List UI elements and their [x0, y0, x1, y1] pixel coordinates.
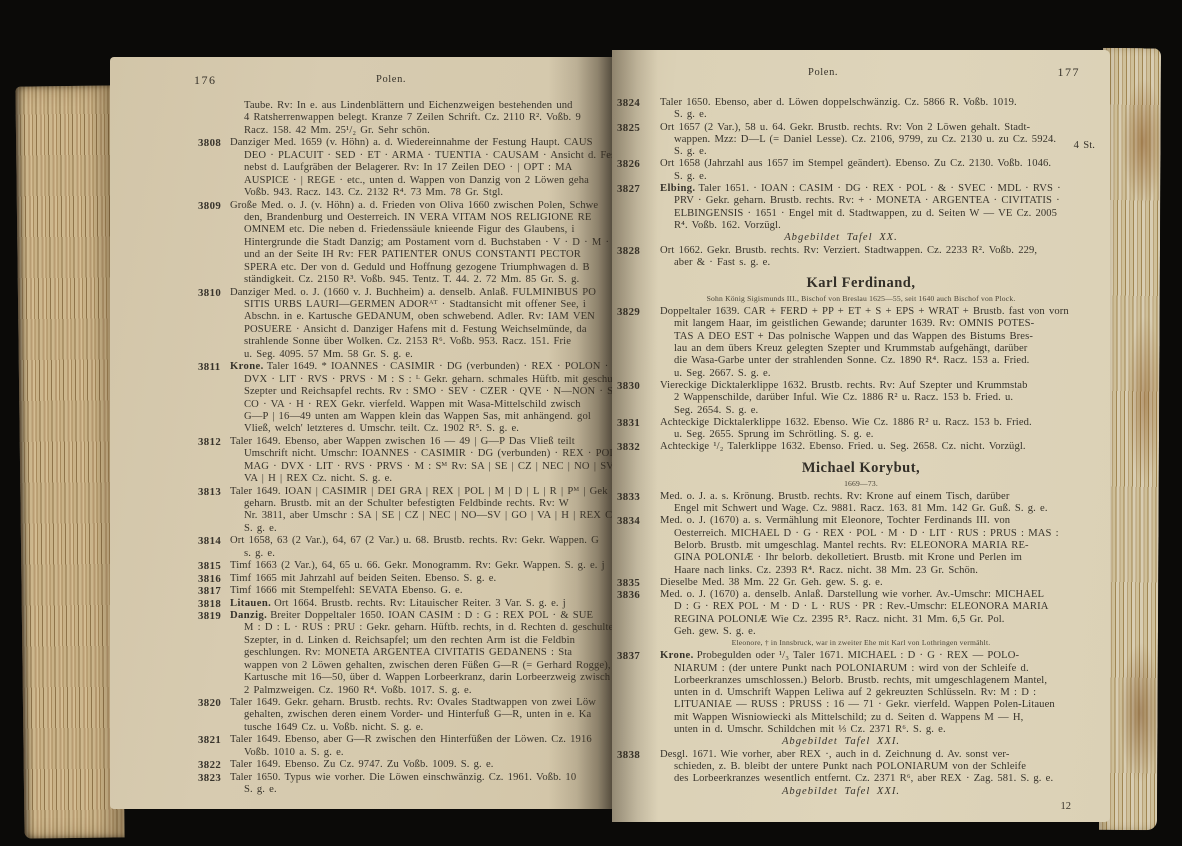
entry-number: 3811 — [198, 361, 221, 373]
catalog-entry: 3821Taler 1649. Ebenso, aber G—R zwische… — [198, 734, 612, 759]
entry-text: und an der Seite IH Rv: FER PATIENTER ON… — [244, 249, 581, 260]
entry-line: 3815Timf 1663 (2 Var.), 64, 65 u. 66. Ge… — [198, 560, 612, 572]
entry-text: Ort 1662. Gekr. Brustb. rechts. Rv: Verz… — [660, 245, 1037, 256]
entry-text: Danziger Med. 1659 (v. Höhn) a. d. Wiede… — [230, 137, 593, 148]
entry-line: Voßb. 1010 a. S. g. e. — [198, 747, 612, 759]
right-page: 177 Polen. 3824Taler 1650. Ebenso, aber … — [612, 50, 1110, 822]
entry-line: 3816Timf 1665 mit Jahrzahl auf beiden Se… — [198, 573, 612, 585]
entry-text: POSUERE · Ansicht d. Danziger Hafens mit… — [244, 324, 587, 335]
entry-number: 3812 — [198, 436, 221, 448]
entry-line: 3829Doppeltaler 1639. CAR + FERD + PP + … — [617, 306, 1105, 318]
catalog-entry: 3826Ort 1658 (Jahrzahl aus 1657 im Stemp… — [617, 158, 1105, 183]
entry-line: SPERA etc. Der von d. Geduld und Hoffnun… — [198, 262, 612, 274]
entry-line: 3836Med. o. J. (1670) a. denselb. Anlaß.… — [617, 589, 1105, 601]
catalog-entry: 3814Ort 1658, 63 (2 Var.), 64, 67 (2 Var… — [198, 535, 612, 560]
entry-number: 3825 — [617, 122, 640, 134]
catalog-entry: 3825Ort 1657 (2 Var.), 58 u. 64. Gekr. B… — [617, 122, 1105, 159]
entry-line: 3826Ort 1658 (Jahrzahl aus 1657 im Stemp… — [617, 158, 1105, 170]
entry-line: u. Seg. 2667. S. g. e. — [617, 368, 1105, 380]
entry-text: G—P | 16—49 unten am Wappen klein das Wa… — [244, 411, 591, 422]
entry-text: Racz. 158. 42 Mm. 25¹/₂ Gr. Sehr schön. — [244, 125, 430, 136]
entry-line: 3830Viereckige Dicktalerklippe 1632. Bru… — [617, 380, 1105, 392]
entry-line: 3827Elbing.Taler 1651. · IOAN : CASIM · … — [617, 183, 1105, 195]
catalog-entry: 3815Timf 1663 (2 Var.), 64, 65 u. 66. Ge… — [198, 560, 612, 572]
entry-line: R⁴. Voßb. 162. Vorzügl. — [617, 220, 1105, 232]
entry-line: NIARUM : (der untere Punkt nach POLONIAR… — [617, 663, 1105, 675]
entry-line: strahlende Sonne über Wolken. Cz. 2153 R… — [198, 336, 612, 348]
entry-line: AUSPICE · | REGE · etc., unten d. Wappen… — [198, 175, 612, 187]
entry-text: DEO · PLACUIT · SED · ET · ARMA · TUENTI… — [244, 150, 612, 161]
entry-text: Med. o. J. (1670) a. denselb. Anlaß. Dar… — [660, 589, 1044, 600]
entry-line: 3837Krone.Probegulden oder ¹/₃ Taler 167… — [617, 650, 1105, 662]
entry-number: 3834 — [617, 515, 640, 527]
entry-line: 2 Wappenschilde, darüber Inful. Wie Cz. … — [617, 392, 1105, 404]
entry-line: OMNEM etc. Die neben d. Friedenssäule kn… — [198, 224, 612, 236]
entry-line: die Wasa-Garbe unter der strahlenden Son… — [617, 355, 1105, 367]
entry-text: gehalten, zwischen deren einem Vorder- u… — [244, 709, 591, 720]
entry-line: 3819Danzig.Breiter Doppeltaler 1650. IOA… — [198, 610, 612, 622]
left-page: 176 Polen. Taube. Rv: In e. aus Lindenbl… — [110, 57, 612, 809]
entry-line: schieden, z. B. bleibt der untere Punkt … — [617, 761, 1105, 773]
entry-text: Med. o. J. (1670) a. s. Vermählung mit E… — [660, 515, 1010, 526]
entry-number: 3831 — [617, 417, 640, 429]
entry-text: Ort 1658 (Jahrzahl aus 1657 im Stempel g… — [660, 158, 1051, 169]
catalog-entry: 3824Taler 1650. Ebenso, aber d. Löwen do… — [617, 97, 1105, 122]
entry-text: Abgebildet Tafel XX. — [784, 232, 898, 243]
entry-line: aber & · Fast s. g. e. — [617, 257, 1105, 269]
page-number-left: 176 — [194, 73, 217, 88]
entry-number: 3813 — [198, 486, 221, 498]
plate-reference: Abgebildet Tafel XXI. — [617, 736, 1105, 748]
entry-text: Probegulden oder ¹/₃ Taler 1671. MICHAEL… — [697, 650, 1019, 661]
entry-text: LITUANIAE — RUSS : PRUSS : 16 — 71 · Gek… — [674, 699, 1055, 710]
entry-text: REGINA POLONIÆ Wie Cz. 2395 R⁵. Racz. ni… — [674, 614, 1005, 625]
catalog-entry: 3818Litauen.Ort 1664. Brustb. rechts. Rv… — [198, 598, 612, 610]
entry-number: 3819 — [198, 610, 221, 622]
entry-text: GINA POLONIÆ · Ihr belorb. dekolletiert.… — [674, 552, 1022, 563]
entry-number: 3810 — [198, 287, 221, 299]
entry-text: geharn. Brustb. mit an der Schulter befe… — [244, 498, 569, 509]
catalog-entry: 3817Timf 1666 mit Stempelfehl: SEVATA Eb… — [198, 585, 612, 597]
entry-text: S. g. e. — [244, 784, 277, 795]
catalog-entry: 3823Taler 1650. Typus wie vorher. Die Lö… — [198, 772, 612, 797]
entry-text: geschlungen. Rv: MONETA ARGENTEA CIVITAT… — [244, 647, 572, 658]
entry-text: Taler 1649. Ebenso, aber G—R zwischen de… — [230, 734, 592, 745]
entry-number: 3833 — [617, 491, 640, 503]
entry-text: aber & · Fast s. g. e. — [674, 257, 770, 268]
entry-line: 3825Ort 1657 (2 Var.), 58 u. 64. Gekr. B… — [617, 122, 1105, 134]
entry-text: Seg. 2654. S. g. e. — [674, 405, 758, 416]
entry-line: ständigkeit. Cz. 2150 R³. Voßb. 945. Ten… — [198, 274, 612, 286]
entry-right-note: 4 St. — [1074, 140, 1095, 152]
entry-text: Ort 1658, 63 (2 Var.), 64, 67 (2 Var.) u… — [230, 535, 599, 546]
entry-text: Oesterreich. MICHAEL D · G · REX · POL ·… — [674, 528, 1059, 539]
entry-text: Breiter Doppeltaler 1650. IOAN CASIM : D… — [270, 610, 593, 621]
running-title-right: Polen. — [808, 67, 838, 78]
entry-number: 3814 — [198, 535, 221, 547]
entry-text: 2 Wappenschilde, darüber Inful. Wie Cz. … — [674, 392, 1013, 403]
entry-line: TAS A DEO EST + Das polnische Wappen und… — [617, 331, 1105, 343]
entry-text: Kartusche mit 16—50, über d. Wappen Lorb… — [244, 672, 610, 683]
catalog-entry: 3833Med. o. J. a. s. Krönung. Brustb. re… — [617, 491, 1105, 516]
entry-lead-word: Elbing. — [660, 183, 695, 194]
section-heading: Karl Ferdinand, — [617, 273, 1105, 293]
catalog-entry: 3808Danziger Med. 1659 (v. Höhn) a. d. W… — [198, 137, 612, 199]
entry-text: Große Med. o. J. (v. Höhn) a. d. Frieden… — [230, 200, 598, 211]
section-note: Sohn König Sigismunds III., Bischof von … — [617, 294, 1105, 303]
entry-line: geschlungen. Rv: MONETA ARGENTEA CIVITAT… — [198, 647, 612, 659]
entry-text: SPERA etc. Der von d. Geduld und Hoffnun… — [244, 262, 590, 273]
entry-line: s. g. e. — [198, 548, 612, 560]
entry-line: S. g. e. — [198, 523, 612, 535]
entry-line: 3831Achteckige Dicktalerklippe 1632. Ebe… — [617, 417, 1105, 429]
entry-line: den, Brandenburg und Oesterreich. IN VER… — [198, 212, 612, 224]
catalog-entry: 3820Taler 1649. Gekr. geharn. Brustb. re… — [198, 697, 612, 734]
entry-line: Geh. gew. S. g. e. — [617, 626, 1105, 638]
open-book: 176 Polen. Taube. Rv: In e. aus Lindenbl… — [0, 0, 1182, 846]
entry-number: 3808 — [198, 137, 221, 149]
entry-text: nebst d. Laufgräben der Belagerer. Rv: I… — [244, 162, 572, 173]
entry-line: REGINA POLONIÆ Wie Cz. 2395 R⁵. Racz. ni… — [617, 614, 1105, 626]
entry-number: 3838 — [617, 749, 640, 761]
page-number-right: 177 — [1058, 65, 1081, 80]
entry-line: 3835Dieselbe Med. 38 Mm. 22 Gr. Geh. gew… — [617, 577, 1105, 589]
entry-text: Taler 1649. Gekr. geharn. Brustb. rechts… — [230, 697, 596, 708]
entry-line: LITUANIAE — RUSS : PRUSS : 16 — 71 · Gek… — [617, 699, 1105, 711]
entry-number: 3826 — [617, 158, 640, 170]
entry-text: Abgebildet Tafel XXI. — [782, 736, 900, 747]
entry-line: 3833Med. o. J. a. s. Krönung. Brustb. re… — [617, 491, 1105, 503]
entry-number: 3822 — [198, 759, 221, 771]
entry-text: Taler 1650. Typus wie vorher. Die Löwen … — [230, 772, 576, 783]
catalog-entry: 3810Danziger Med. o. J. (1660 v. J. Buch… — [198, 287, 612, 362]
entry-line: Belorb. Brustb. mit umgeschlag. Mantel r… — [617, 540, 1105, 552]
entry-line: Haare nach links. Cz. 2393 R⁴. Racz. nic… — [617, 565, 1105, 577]
entry-text: unten in d. Umschrift Wappen Leliwa auf … — [674, 687, 1036, 698]
entry-line: des Lorbeerkranzes wesentlich entfernt. … — [617, 773, 1105, 785]
catalog-entry: 3828Ort 1662. Gekr. Brustb. rechts. Rv: … — [617, 245, 1105, 270]
entry-text: Timf 1666 mit Stempelfehl: SEVATA Ebenso… — [230, 585, 463, 596]
entry-text: mit Wappen Wisniowiecki als Mittelschild… — [674, 712, 1023, 723]
entry-number: 3830 — [617, 380, 640, 392]
entry-line: geharn. Brustb. mit an der Schulter befe… — [198, 498, 612, 510]
entry-text: Abschn. in e. Kartusche GEDANUM, oben sc… — [244, 311, 595, 322]
entry-line: SITIS URBS LAURI—GERMEN ADORᴬᵀ · Stadtan… — [198, 299, 612, 311]
entry-text: Desgl. 1671. Wie vorher, aber REX ·, auc… — [660, 749, 1009, 760]
entry-line: Umschrift nicht. Umschr: IOANNES · CASIM… — [198, 448, 612, 460]
book-fore-edge-left — [15, 85, 124, 838]
catalog-entry: 3831Achteckige Dicktalerklippe 1632. Ebe… — [617, 417, 1105, 442]
entry-line: Oesterreich. MICHAEL D · G · REX · POL ·… — [617, 528, 1105, 540]
entry-text: Taler 1650. Ebenso, aber d. Löwen doppel… — [660, 97, 1017, 108]
catalog-entry: 3835Dieselbe Med. 38 Mm. 22 Gr. Geh. gew… — [617, 577, 1105, 589]
entry-line: nebst d. Laufgräben der Belagerer. Rv: I… — [198, 162, 612, 174]
entry-number: 3818 — [198, 598, 221, 610]
entry-line: 3828Ort 1662. Gekr. Brustb. rechts. Rv: … — [617, 245, 1105, 257]
entry-text: Szepter, in d. Linken d. Reichsapfel; um… — [244, 635, 575, 646]
entry-text: die Wasa-Garbe unter der strahlenden Son… — [674, 355, 1029, 366]
entry-line: 3832Achteckige ¹/₂ Talerklippe 1632. Ebe… — [617, 441, 1105, 453]
entry-text: MAG · DVX · LIT · RVS · PRVS · M : Sᴹ Rv… — [244, 461, 612, 472]
catalog-entry: 3812Taler 1649. Ebenso, aber Wappen zwis… — [198, 436, 612, 486]
entry-text: Hintergrunde die Stadt Danzig; am Postam… — [244, 237, 612, 248]
entry-text: D : G · REX POL · M · D · L · RUS · PR :… — [674, 601, 1048, 612]
running-title-left: Polen. — [376, 74, 406, 85]
entry-line: 3834Med. o. J. (1670) a. s. Vermählung m… — [617, 515, 1105, 527]
entry-text: Taube. Rv: In e. aus Lindenblättern und … — [244, 100, 573, 111]
catalog-entry: 3813Taler 1649. IOAN | CASIMIR | DEI GRA… — [198, 486, 612, 536]
entry-text: Med. o. J. a. s. Krönung. Brustb. rechts… — [660, 491, 1009, 502]
entry-text: Ort 1664. Brustb. rechts. Rv: Litauische… — [274, 598, 566, 609]
entry-line: CO · VA · H · REX Gekr. vierfeld. Wappen… — [198, 399, 612, 411]
entry-line: 3814Ort 1658, 63 (2 Var.), 64, 67 (2 Var… — [198, 535, 612, 547]
entry-text: NIARUM : (der untere Punkt nach POLONIAR… — [674, 663, 1029, 674]
entry-line: VA | H | REX Cz. nicht. S. g. e. — [198, 473, 612, 485]
entry-text: ständigkeit. Cz. 2150 R³. Voßb. 945. Ten… — [244, 274, 579, 285]
entry-line: Taube. Rv: In e. aus Lindenblättern und … — [198, 100, 612, 112]
entry-text: S. g. e. — [674, 146, 707, 157]
entry-line: DVX · LIT · RVS · PRVS · M : S : ᴸ Gekr.… — [198, 374, 612, 386]
catalog-entry: 3834Med. o. J. (1670) a. s. Vermählung m… — [617, 515, 1105, 576]
entry-text: lau an dem übers Kreuz gelegten Szepter … — [674, 343, 1027, 354]
entry-line: POSUERE · Ansicht d. Danziger Hafens mit… — [198, 324, 612, 336]
entry-line: S. g. e. — [617, 109, 1105, 121]
catalog-entry: 3809Große Med. o. J. (v. Höhn) a. d. Fri… — [198, 200, 612, 287]
entry-line: 3808Danziger Med. 1659 (v. Höhn) a. d. W… — [198, 137, 612, 149]
entry-line: S. g. e. — [617, 171, 1105, 183]
entry-line: gehalten, zwischen deren einem Vorder- u… — [198, 709, 612, 721]
catalog-entry: 3822Taler 1649. Ebenso. Zu Cz. 9747. Zu … — [198, 759, 612, 771]
entry-text: PRV · Gekr. geharn. Brustb. rechts. Rv: … — [674, 195, 1060, 206]
entry-text: OMNEM etc. Die neben d. Friedenssäule kn… — [244, 224, 575, 235]
entry-lead-word: Krone. — [230, 361, 264, 372]
entry-number: 3823 — [198, 772, 221, 784]
entry-line: wappen. Mzz: D—L (= Daniel Lesse). Cz. 2… — [617, 134, 1105, 146]
entry-text: 4 Ratsherrenwappen belegt. Kranze 7 Zeil… — [244, 112, 581, 123]
entry-line: 3823Taler 1650. Typus wie vorher. Die Lö… — [198, 772, 612, 784]
entry-text: Geh. gew. S. g. e. — [674, 626, 756, 637]
catalog-entry: 3838Desgl. 1671. Wie vorher, aber REX ·,… — [617, 749, 1105, 798]
catalog-entry: 3836Med. o. J. (1670) a. denselb. Anlaß.… — [617, 589, 1105, 638]
sheet-signature: 12 — [617, 800, 1105, 813]
entry-text: mit langem Haar, im geistlichen Gewande;… — [674, 318, 1034, 329]
entry-line: u. Seg. 4095. 57 Mm. 58 Gr. S. g. e. — [198, 349, 612, 361]
entry-text: Lorbeerkranzes umschlossen.) Belorb. Bru… — [674, 675, 1047, 686]
entry-text: strahlende Sonne über Wolken. Cz. 2153 R… — [244, 336, 571, 347]
entry-text: Abgebildet Tafel XXI. — [782, 786, 900, 797]
entry-line: tusche 1649 Cz. u. Voßb. nicht. S. g. e. — [198, 722, 612, 734]
entry-line: Kartusche mit 16—50, über d. Wappen Lorb… — [198, 672, 612, 684]
entry-number: 3820 — [198, 697, 221, 709]
entry-number: 3837 — [617, 650, 640, 662]
entry-line: 3811Krone.Taler 1649. * IOANNES · CASIMI… — [198, 361, 612, 373]
entry-text: Belorb. Brustb. mit umgeschlag. Mantel r… — [674, 540, 1029, 551]
catalog-entry: 3830Viereckige Dicktalerklippe 1632. Bru… — [617, 380, 1105, 417]
entry-line: DEO · PLACUIT · SED · ET · ARMA · TUENTI… — [198, 150, 612, 162]
entry-text: S. g. e. — [674, 109, 707, 120]
entry-line: 3809Große Med. o. J. (v. Höhn) a. d. Fri… — [198, 200, 612, 212]
entry-text: Taler 1649. * IOANNES · CASIMIR · DG (ve… — [267, 361, 612, 372]
entry-number: 3815 — [198, 560, 221, 572]
entry-text: Dieselbe Med. 38 Mm. 22 Gr. Geh. gew. S.… — [660, 577, 883, 588]
entry-line: M : D : L · RUS : PRU : Gekr. geharn. Hü… — [198, 622, 612, 634]
entry-text: Achteckige ¹/₂ Talerklippe 1632. Ebenso.… — [660, 441, 1026, 452]
entry-number: 3836 — [617, 589, 640, 601]
entry-text: ELBINGENSIS · 1651 · Engel mit d. Stadtw… — [674, 208, 1057, 219]
entry-text: S. g. e. — [674, 171, 707, 182]
entry-text: den, Brandenburg und Oesterreich. IN VER… — [244, 212, 591, 223]
entry-line: Engel mit Schwert und Wage. Cz. 9881. Ra… — [617, 503, 1105, 515]
entry-line: 3812Taler 1649. Ebenso, aber Wappen zwis… — [198, 436, 612, 448]
entry-line: lau an dem übers Kreuz gelegten Szepter … — [617, 343, 1105, 355]
entry-text: u. Seg. 2655. Sprung im Schrötling. S. g… — [674, 429, 874, 440]
entry-line: 3838Desgl. 1671. Wie vorher, aber REX ·,… — [617, 749, 1105, 761]
entry-line: 2 Palmzweigen. Cz. 1960 R⁴. Voßb. 1017. … — [198, 685, 612, 697]
entry-text: Ort 1657 (2 Var.), 58 u. 64. Gekr. Brust… — [660, 122, 1030, 133]
entry-text: Voßb. 943. Racz. 143. Cz. 2132 R⁴. 73 Mm… — [244, 187, 503, 198]
entry-text: Taler 1649. IOAN | CASIMIR | DEI GRA | R… — [230, 486, 608, 497]
entry-line: Szepter, in d. Linken d. Reichsapfel; um… — [198, 635, 612, 647]
entry-line: S. g. e. — [198, 784, 612, 796]
entry-text: Doppeltaler 1639. CAR + FERD + PP + ET +… — [660, 306, 1069, 317]
entry-text: Achteckige Dicktalerklippe 1632. Ebenso.… — [660, 417, 1032, 428]
entry-text: u. Seg. 4095. 57 Mm. 58 Gr. S. g. e. — [244, 349, 413, 360]
entry-text: Voßb. 1010 a. S. g. e. — [244, 747, 344, 758]
entry-line: Szepter und Reichsapfel rechts. Rv : SMO… — [198, 386, 612, 398]
entry-line: 3818Litauen.Ort 1664. Brustb. rechts. Rv… — [198, 598, 612, 610]
entry-text: S. g. e. — [244, 523, 277, 534]
entry-text: unten in d. Umschr. Schildchen mit ⅓ Cz.… — [674, 724, 946, 735]
catalog-entry: 3811Krone.Taler 1649. * IOANNES · CASIMI… — [198, 361, 612, 436]
entry-text: schieden, z. B. bleibt der untere Punkt … — [674, 761, 1026, 772]
entry-line: PRV · Gekr. geharn. Brustb. rechts. Rv: … — [617, 195, 1105, 207]
entry-line: unten in d. Umschrift Wappen Leliwa auf … — [617, 687, 1105, 699]
entry-number: 3829 — [617, 306, 640, 318]
section-heading: Michael Korybut, — [617, 458, 1105, 478]
entry-text: des Lorbeerkranzes wesentlich entfernt. … — [674, 773, 1053, 784]
entry-text: SITIS URBS LAURI—GERMEN ADORᴬᵀ · Stadtan… — [244, 299, 586, 310]
catalog-entry: 3827Elbing.Taler 1651. · IOAN : CASIM · … — [617, 183, 1105, 244]
entry-line: wappen von 2 Löwen gehalten, zwischen de… — [198, 660, 612, 672]
entry-text: CO · VA · H · REX Gekr. vierfeld. Wappen… — [244, 399, 581, 410]
catalog-entry: 3819Danzig.Breiter Doppeltaler 1650. IOA… — [198, 610, 612, 697]
entry-line: MAG · DVX · LIT · RVS · PRVS · M : Sᴹ Rv… — [198, 461, 612, 473]
left-page-text-column: Taube. Rv: In e. aus Lindenblättern und … — [198, 100, 612, 797]
entry-text: Timf 1663 (2 Var.), 64, 65 u. 66. Gekr. … — [230, 560, 605, 571]
entry-text: s. g. e. — [244, 548, 275, 559]
entry-text: Timf 1665 mit Jahrzahl auf beiden Seiten… — [230, 573, 496, 584]
entry-line: D : G · REX POL · M · D · L · RUS · PR :… — [617, 601, 1105, 613]
entry-text: wappen. Mzz: D—L (= Daniel Lesse). Cz. 2… — [674, 134, 1056, 145]
entry-line: Lorbeerkranzes umschlossen.) Belorb. Bru… — [617, 675, 1105, 687]
entry-text: tusche 1649 Cz. u. Voßb. nicht. S. g. e. — [244, 722, 423, 733]
entry-line: 3813Taler 1649. IOAN | CASIMIR | DEI GRA… — [198, 486, 612, 498]
entry-text: Taler 1651. · IOAN : CASIM · DG · REX · … — [698, 183, 1060, 194]
entry-text: TAS A DEO EST + Das polnische Wappen und… — [674, 331, 1033, 342]
entry-line: Vließ, welch' letzteres d. Umschr. teilt… — [198, 423, 612, 435]
catalog-entry: 3837Krone.Probegulden oder ¹/₃ Taler 167… — [617, 650, 1105, 748]
entry-line: und an der Seite IH Rv: FER PATIENTER ON… — [198, 249, 612, 261]
entry-text: Vließ, welch' letzteres d. Umschr. teilt… — [244, 423, 519, 434]
section-note: Eleonore, † in Innsbruck, war in zweiter… — [617, 638, 1105, 647]
entry-line: Nr. 3811, aber Umschr : SA | SE | CZ | N… — [198, 510, 612, 522]
entry-lead-word: Krone. — [660, 650, 694, 661]
entry-line: 3810Danziger Med. o. J. (1660 v. J. Buch… — [198, 287, 612, 299]
entry-text: 2 Palmzweigen. Cz. 1960 R⁴. Voßb. 1017. … — [244, 685, 472, 696]
entry-text: DVX · LIT · RVS · PRVS · M : S : ᴸ Gekr.… — [244, 374, 612, 385]
entry-number: 3835 — [617, 577, 640, 589]
entry-line: 3817Timf 1666 mit Stempelfehl: SEVATA Eb… — [198, 585, 612, 597]
entry-text: Taler 1649. Ebenso, aber Wappen zwischen… — [230, 436, 575, 447]
catalog-entry: 3832Achteckige ¹/₂ Talerklippe 1632. Ebe… — [617, 441, 1105, 453]
entry-number: 3821 — [198, 734, 221, 746]
entry-line: Racz. 158. 42 Mm. 25¹/₂ Gr. Sehr schön. — [198, 125, 612, 137]
entry-line: ELBINGENSIS · 1651 · Engel mit d. Stadtw… — [617, 208, 1105, 220]
entry-line: 4 Ratsherrenwappen belegt. Kranze 7 Zeil… — [198, 112, 612, 124]
catalog-entry: Taube. Rv: In e. aus Lindenblättern und … — [198, 100, 612, 137]
section-note: 1669—73. — [617, 479, 1105, 488]
entry-text: VA | H | REX Cz. nicht. S. g. e. — [244, 473, 392, 484]
entry-line: Hintergrunde die Stadt Danzig; am Postam… — [198, 237, 612, 249]
catalog-entry: 3829Doppeltaler 1639. CAR + FERD + PP + … — [617, 306, 1105, 380]
entry-text: Haare nach links. Cz. 2393 R⁴. Racz. nic… — [674, 565, 978, 576]
entry-line: G—P | 16—49 unten am Wappen klein das Wa… — [198, 411, 612, 423]
entry-text: Taler 1649. Ebenso. Zu Cz. 9747. Zu Voßb… — [230, 759, 494, 770]
entry-line: mit Wappen Wisniowiecki als Mittelschild… — [617, 712, 1105, 724]
entry-line: GINA POLONIÆ · Ihr belorb. dekolletiert.… — [617, 552, 1105, 564]
entry-line: Seg. 2654. S. g. e. — [617, 405, 1105, 417]
entry-text: AUSPICE · | REGE · etc., unten d. Wappen… — [244, 175, 589, 186]
entry-text: Danziger Med. o. J. (1660 v. J. Buchheim… — [230, 287, 596, 298]
entry-line: 3824Taler 1650. Ebenso, aber d. Löwen do… — [617, 97, 1105, 109]
plate-reference: Abgebildet Tafel XXI. — [617, 786, 1105, 798]
entry-number: 3817 — [198, 585, 221, 597]
entry-lead-word: Litauen. — [230, 598, 271, 609]
entry-line: Voßb. 943. Racz. 143. Cz. 2132 R⁴. 73 Mm… — [198, 187, 612, 199]
entry-text: u. Seg. 2667. S. g. e. — [674, 368, 771, 379]
catalog-entry: 3816Timf 1665 mit Jahrzahl auf beiden Se… — [198, 573, 612, 585]
entry-text: Umschrift nicht. Umschr: IOANNES · CASIM… — [244, 448, 612, 459]
entry-number: 3828 — [617, 245, 640, 257]
entry-line: S. g. e.4 St. — [617, 146, 1105, 158]
entry-line: 3821Taler 1649. Ebenso, aber G—R zwische… — [198, 734, 612, 746]
entry-text: Engel mit Schwert und Wage. Cz. 9881. Ra… — [674, 503, 1048, 514]
entry-number: 3832 — [617, 441, 640, 453]
entry-text: Viereckige Dicktalerklippe 1632. Brustb.… — [660, 380, 1028, 391]
entry-number: 3809 — [198, 200, 221, 212]
entry-text: R⁴. Voßb. 162. Vorzügl. — [674, 220, 781, 231]
entry-text: wappen von 2 Löwen gehalten, zwischen de… — [244, 660, 612, 671]
entry-text: M : D : L · RUS : PRU : Gekr. geharn. Hü… — [244, 622, 612, 633]
entry-number: 3824 — [617, 97, 640, 109]
entry-line: mit langem Haar, im geistlichen Gewande;… — [617, 318, 1105, 330]
entry-line: 3820Taler 1649. Gekr. geharn. Brustb. re… — [198, 697, 612, 709]
entry-text: Szepter und Reichsapfel rechts. Rv : SMO… — [244, 386, 612, 397]
right-page-text-column: 3824Taler 1650. Ebenso, aber d. Löwen do… — [617, 97, 1105, 813]
entry-line: 3822Taler 1649. Ebenso. Zu Cz. 9747. Zu … — [198, 759, 612, 771]
entry-line: Abschn. in e. Kartusche GEDANUM, oben sc… — [198, 311, 612, 323]
entry-number: 3816 — [198, 573, 221, 585]
entry-number: 3827 — [617, 183, 640, 195]
entry-text: Nr. 3811, aber Umschr : SA | SE | CZ | N… — [244, 510, 612, 521]
entry-lead-word: Danzig. — [230, 610, 267, 621]
entry-line: unten in d. Umschr. Schildchen mit ⅓ Cz.… — [617, 724, 1105, 736]
plate-reference: Abgebildet Tafel XX. — [617, 232, 1105, 244]
entry-line: u. Seg. 2655. Sprung im Schrötling. S. g… — [617, 429, 1105, 441]
